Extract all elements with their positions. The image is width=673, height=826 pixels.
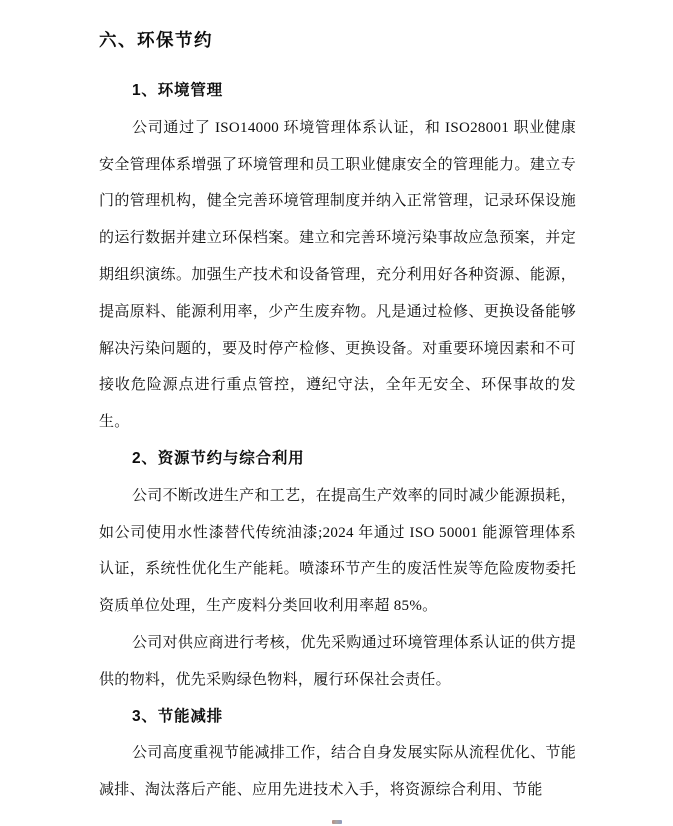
paragraph: 公司不断改进生产和工艺，在提高生产效率的同时减少能源损耗，如公司使用水性漆替代传… — [99, 478, 576, 625]
chapter-title: 六、环保节约 — [99, 22, 576, 58]
paragraph: 公司通过了 ISO14000 环境管理体系认证，和 ISO28001 职业健康安… — [99, 110, 576, 441]
subsection-heading-environment-management: 1、环境管理 — [99, 73, 576, 110]
subsection-heading-resource-conservation: 2、资源节约与综合利用 — [99, 441, 576, 478]
footer-mark — [332, 820, 342, 824]
document-page: 六、环保节约 1、环境管理 公司通过了 ISO14000 环境管理体系认证，和 … — [0, 0, 673, 826]
paragraph: 公司高度重视节能减排工作，结合自身发展实际从流程优化、节能减排、淘汰落后产能、应… — [99, 735, 576, 809]
document-content: 六、环保节约 1、环境管理 公司通过了 ISO14000 环境管理体系认证，和 … — [99, 22, 576, 809]
paragraph: 公司对供应商进行考核，优先采购通过环境管理体系认证的供方提供的物料，优先采购绿色… — [99, 625, 576, 699]
subsection-heading-energy-saving: 3、节能减排 — [99, 699, 576, 736]
